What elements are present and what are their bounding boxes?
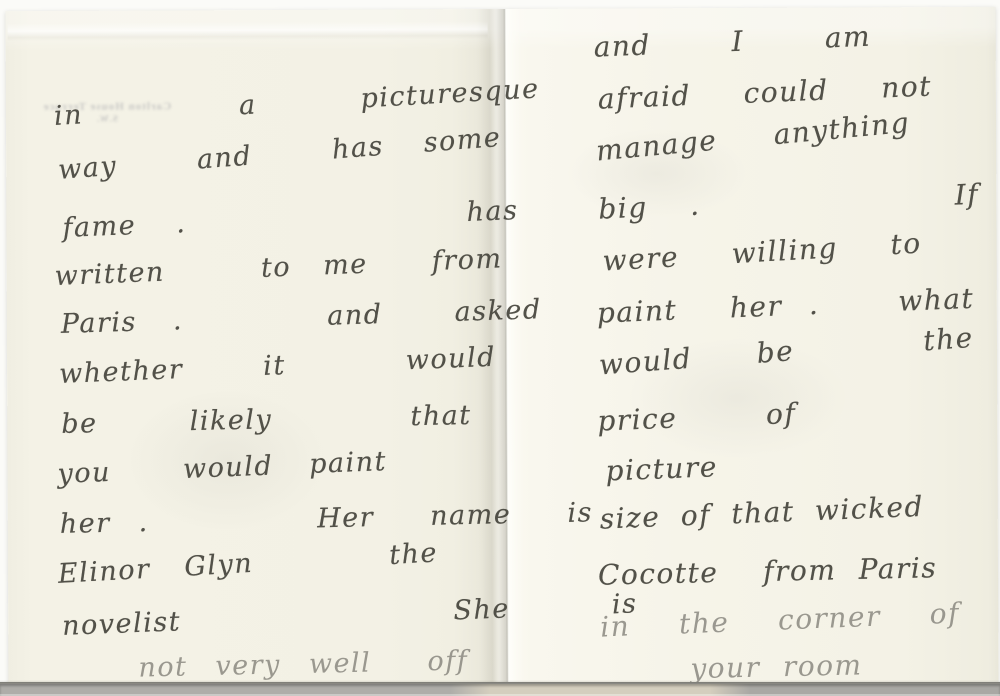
handwriting-line: novelist She is: [62, 588, 638, 642]
handwriting-line: were willing to: [602, 226, 923, 277]
handwriting-line: in a picturesque: [53, 73, 540, 132]
handwriting-line: Paris . and asked: [60, 294, 542, 340]
handwriting-line: whether it would: [59, 342, 497, 390]
handwriting-line: manage anything: [595, 106, 912, 168]
handwriting-line: fame . has: [62, 195, 519, 244]
letter-paper: Carlton House Terrace S.W. in a pictures…: [6, 7, 999, 686]
handwriting-line: and I am: [593, 20, 872, 64]
handwriting-line: not very well off: [138, 645, 468, 683]
scanner-edge-strip: [0, 682, 1000, 696]
handwriting-line: paint her . what: [596, 282, 975, 330]
handwriting-line: way and has some: [57, 122, 502, 186]
handwriting-line: be likely that: [61, 400, 472, 440]
letter-scan: Carlton House Terrace S.W. in a pictures…: [0, 0, 1000, 696]
handwriting-line: size of that wicked: [599, 490, 924, 536]
handwriting-line: written to me from: [54, 243, 503, 292]
handwriting-line: in the corner of: [600, 596, 961, 643]
handwriting-line: Elinor Glyn the: [57, 537, 439, 590]
paper-crease: [8, 21, 488, 41]
handwriting-line: you would paint: [57, 446, 388, 490]
handwriting-line: Cocotte from Paris: [598, 551, 938, 591]
